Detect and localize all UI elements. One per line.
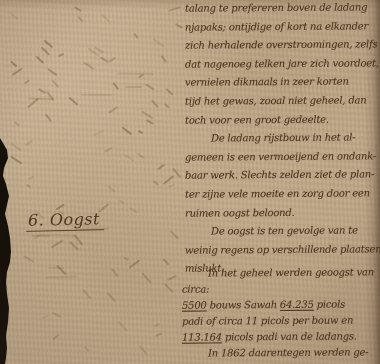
bleed-mark <box>125 86 142 88</box>
bleed-mark <box>108 185 116 192</box>
bleed-mark <box>165 103 171 109</box>
bleed-mark <box>75 6 82 11</box>
text-segment: In het geheel werden geoogst van <box>208 267 374 279</box>
bleed-mark <box>111 269 119 278</box>
bleed-mark <box>52 312 62 318</box>
text-segment: zich herhalende overstroomingen, zelfs <box>185 40 378 52</box>
text-segment: baar werk. Slechts zelden ziet de plan- <box>185 170 374 182</box>
bleed-mark <box>138 130 143 134</box>
text-column-tail: In het geheel werden geoogst vancirca:55… <box>182 266 380 362</box>
bleed-mark <box>158 164 165 170</box>
bleed-mark <box>42 315 48 319</box>
bleed-mark <box>100 57 109 63</box>
bleed-mark <box>122 126 133 135</box>
text-segment: ruimen oogst beloond. <box>185 207 295 219</box>
bleed-mark <box>145 84 154 91</box>
text-segment: vernielen dikmaals in zeer korten <box>185 77 349 89</box>
bleed-mark <box>45 114 52 122</box>
text-segment: ter zijne vele moeite en zorg door een <box>185 188 370 200</box>
bleed-mark <box>41 46 50 55</box>
bleed-mark <box>101 13 110 22</box>
handwritten-line: njapaks; ontijdige of kort na elkander <box>185 18 380 38</box>
bleed-mark <box>55 203 64 210</box>
text-segment: 64.235 <box>280 300 314 311</box>
text-segment: gemeen is een vermoeijend en ondank- <box>185 151 376 163</box>
bleed-mark <box>117 73 154 75</box>
bleed-mark <box>124 257 129 261</box>
handwritten-line: ruimen oogst beloond. <box>185 204 380 224</box>
text-segment: toch voor een groot gedeelte. <box>185 114 329 126</box>
bleed-mark <box>36 56 45 64</box>
manuscript-page: 6. Oogst talang te prefereren boven de l… <box>0 0 380 364</box>
bleed-mark <box>52 334 59 340</box>
bleed-mark <box>47 68 57 75</box>
bleed-mark <box>9 12 18 20</box>
bleed-mark <box>28 175 34 179</box>
bleed-mark <box>141 110 153 118</box>
text-column-main: talang te prefereren boven de ladangnjap… <box>185 0 380 279</box>
bleed-mark <box>105 147 112 152</box>
bleed-mark <box>24 79 29 83</box>
bleed-mark <box>12 68 23 76</box>
bleed-mark <box>137 153 145 159</box>
bleed-mark <box>11 143 22 151</box>
handwritten-line: De oogst is ten gevolge van te <box>185 222 380 242</box>
bleed-mark <box>77 16 83 22</box>
handwritten-line: 5500 bouws Sawah 64.235 picols <box>182 297 380 314</box>
bleed-mark <box>14 121 20 126</box>
handwritten-line: talang te prefereren boven de ladang <box>185 0 380 19</box>
bleed-mark <box>129 259 140 268</box>
bleed-mark <box>140 346 148 355</box>
bleed-mark <box>151 99 159 108</box>
bleed-mark <box>68 97 77 105</box>
bleed-mark <box>32 235 50 237</box>
bleed-mark <box>82 289 91 299</box>
text-segment: picols <box>314 300 345 311</box>
text-segment: padi of circa 11 picols per bouw en <box>182 315 353 327</box>
text-segment: tijd het gewas, zooal niet geheel, dan <box>185 95 367 107</box>
handwritten-line: gemeen is een vermoeijend en ondank- <box>185 148 380 168</box>
handwritten-line: dat nagenoeg telken jare zich voordoet, <box>185 55 380 75</box>
handwritten-line: zich herhalende overstroomingen, zelfs <box>185 37 380 57</box>
bleed-mark <box>175 23 183 29</box>
text-segment: 5500 <box>182 301 207 312</box>
bleed-mark <box>26 183 31 187</box>
bleed-mark <box>163 175 174 184</box>
bleed-mark <box>141 272 151 283</box>
handwritten-line: vernielen dikmaals in zeer korten <box>185 74 380 94</box>
handwritten-line: padi of circa 11 picols per bouw en <box>182 313 380 330</box>
handwritten-line: 113.164 picols padi van de ladangs. <box>182 329 380 346</box>
bleed-mark <box>163 258 170 265</box>
section-heading: 6. Oogst <box>26 209 104 232</box>
bleed-mark <box>124 154 134 161</box>
text-segment: De ladang rijstbouw in het al- <box>211 133 355 145</box>
text-segment: dat nagenoeg telken jare zich voordoet, <box>185 58 379 70</box>
handwritten-line: circa: <box>182 281 380 298</box>
torn-left-edge <box>0 0 14 364</box>
text-segment: circa: <box>182 285 209 296</box>
text-segment: weinig regens op verschillende plaatsen <box>185 244 380 256</box>
bleed-mark <box>167 275 176 281</box>
bleed-mark <box>117 321 127 332</box>
bleed-mark <box>29 98 54 100</box>
text-segment: picols padi van de ladangs. <box>222 331 357 343</box>
bleed-mark <box>168 6 180 12</box>
text-segment: bouws Sawah <box>207 300 280 312</box>
bleed-mark <box>170 231 179 240</box>
bleed-mark <box>44 39 53 48</box>
bleed-mark <box>23 255 34 262</box>
handwritten-line: In 1862 daarentegen werden ge- <box>182 345 380 362</box>
bleed-mark <box>48 267 64 269</box>
bleed-mark <box>165 88 173 96</box>
bleed-mark <box>108 57 115 63</box>
bleed-mark <box>112 82 118 89</box>
bleed-mark <box>154 323 160 327</box>
handwritten-line: ter zijne vele moeite en zorg door een <box>185 185 380 205</box>
bleed-mark <box>94 129 105 135</box>
handwritten-line: weinig regens op verschillende plaatsen <box>185 241 380 261</box>
bleed-mark <box>133 32 138 38</box>
text-segment: talang te prefereren boven de ladang <box>185 2 367 14</box>
bleed-mark <box>164 284 173 293</box>
handwritten-line: tijd het gewas, zooal niet geheel, dan <box>185 92 380 112</box>
bleed-mark <box>38 88 46 94</box>
bleed-mark <box>50 239 63 248</box>
handwritten-line: De ladang rijstbouw in het al- <box>185 129 380 149</box>
text-segment: njapaks; ontijdige of kort na elkander <box>185 21 368 33</box>
bleed-mark <box>46 275 77 278</box>
handwritten-line: baar werk. Slechts zelden ziet de plan- <box>185 167 380 187</box>
bleed-mark <box>129 207 137 213</box>
bleed-mark <box>155 333 162 337</box>
handwritten-line: toch voor een groot gedeelte. <box>185 111 380 131</box>
bleed-mark <box>146 119 154 124</box>
text-segment: De oogst is ten gevolge van te <box>211 226 358 238</box>
bleed-mark <box>10 155 21 163</box>
bleed-mark <box>109 106 118 113</box>
bleed-mark <box>84 346 89 351</box>
text-segment: In 1862 daarentegen werden ge- <box>208 347 369 359</box>
bleed-mark <box>84 62 95 70</box>
bleed-mark <box>167 184 174 188</box>
bleed-mark <box>52 80 59 88</box>
bleed-mark <box>107 293 115 302</box>
bleed-mark <box>10 61 17 67</box>
handwritten-line: In het geheel werden geoogst van <box>182 265 380 282</box>
bleed-mark <box>153 180 159 185</box>
bleed-mark <box>152 38 164 47</box>
text-segment: 113.164 <box>182 332 222 343</box>
bleed-mark <box>119 200 125 205</box>
bleed-mark <box>27 98 39 108</box>
bleed-mark <box>25 139 32 145</box>
bleed-mark <box>70 241 80 251</box>
bleed-mark <box>58 53 64 57</box>
bleed-mark <box>161 55 167 62</box>
bleed-mark <box>81 94 112 96</box>
